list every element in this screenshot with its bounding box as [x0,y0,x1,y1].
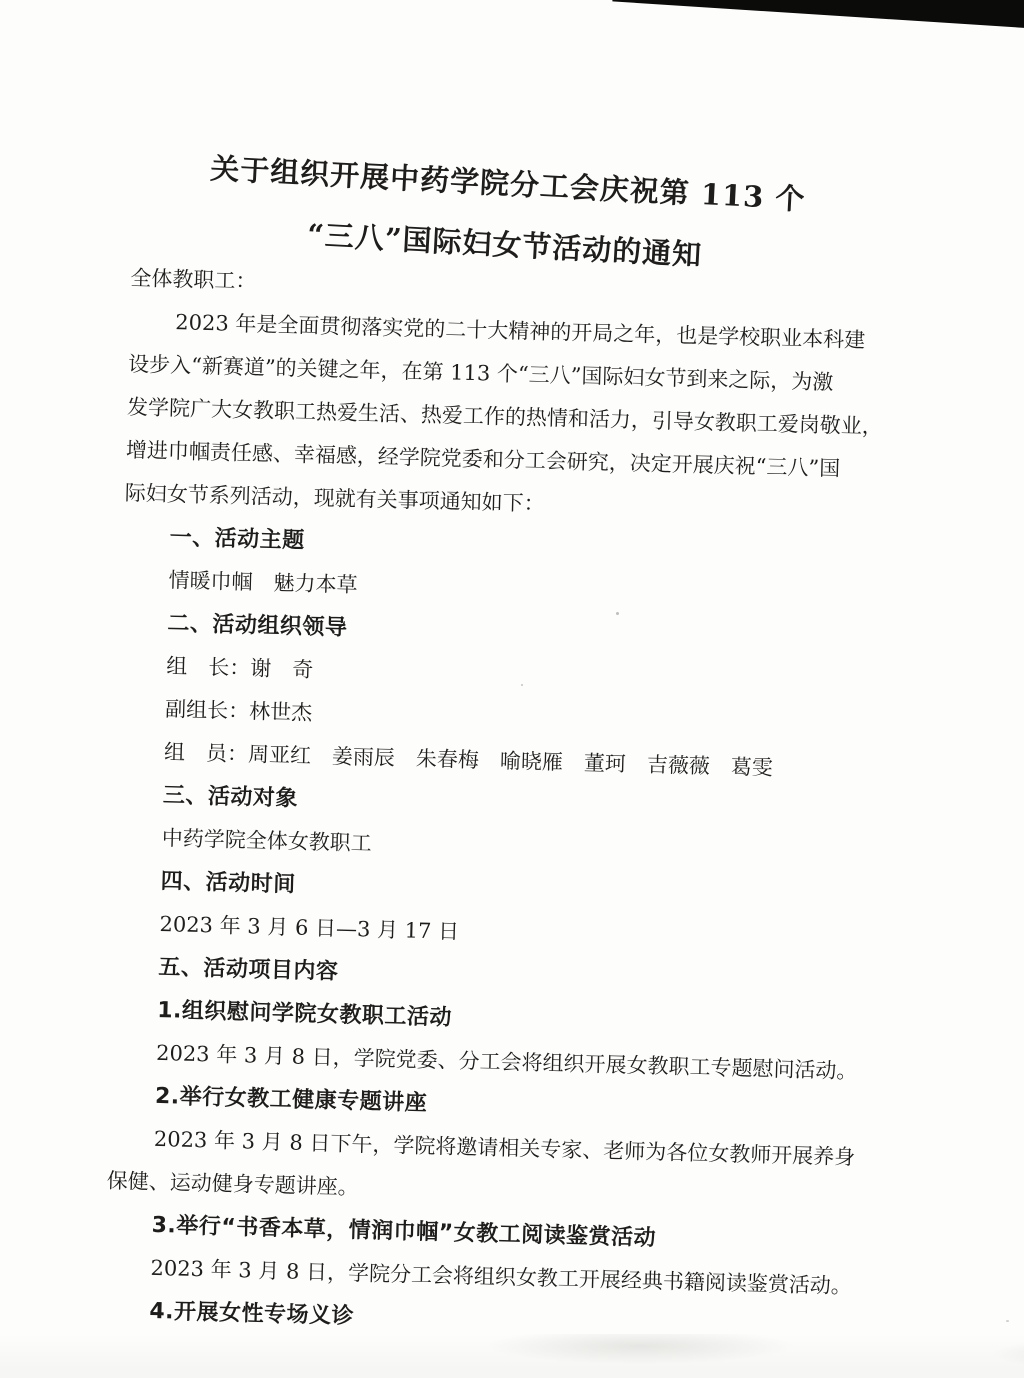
scan-speck [521,684,523,686]
scan-bottom-smudge [0,1334,1024,1378]
scanned-document-page: 关于组织开展中药学院分工会庆祝第 113 个 “三八”国际妇女节活动的通知 全体… [0,0,1024,1378]
document-body: 全体教职工： 2023 年是全面贯彻落实党的二十大精神的开局之年，也是学校职业本… [103,257,906,1352]
scan-corner-shadow [604,0,1024,34]
scan-speck [616,612,619,615]
scan-speck [1006,1320,1009,1322]
